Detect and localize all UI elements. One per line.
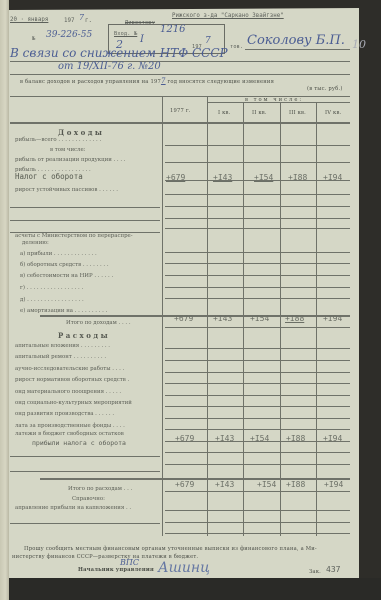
stamp-number: 1216 [160, 24, 185, 35]
reference-row-label: аправление прибыли на капвложения . . [15, 505, 131, 511]
row-label: рирост нормативов оборотных средств . [15, 377, 129, 383]
row-label: рибыль от реализации продукции . . . . [15, 157, 126, 163]
value-rule [165, 464, 350, 465]
note-underline-2 [10, 74, 350, 75]
expense-total-q2: +I54 [257, 480, 276, 489]
col-header-q2: II кв. [252, 110, 267, 116]
units-label: (в тыс. руб.) [307, 86, 343, 92]
scan-background [9, 578, 381, 600]
income-total-label: Итого по доходам . . . . [66, 320, 131, 326]
value-rule [165, 491, 350, 492]
order-label: Зак. [309, 569, 321, 575]
outgoing-number: 39-226-55 [46, 30, 92, 40]
row-label: в) себестоимости на НИР . . . . . . [20, 273, 113, 279]
col-header-q4: IV кв. [325, 110, 341, 116]
value-rule [165, 287, 350, 288]
value-rule [165, 383, 350, 384]
col-header-q3: III кв. [289, 110, 306, 116]
value-rule [165, 275, 350, 276]
expense-heading: Расходы [58, 331, 110, 340]
row-label: делению: [22, 240, 49, 246]
row-label: рибыль—всего . . . . . . . . . . . . . [15, 137, 101, 143]
value-rule [165, 533, 350, 534]
row-label: б) оборотных средств . . . . . . . . [20, 262, 109, 268]
row-label-budget-turnover-tax: прибыли налога с оборота [32, 439, 126, 447]
value-rule [165, 252, 350, 253]
row-label: в том числе: [50, 147, 86, 153]
row-label: асчеты с Министерством по перераспре- [15, 233, 133, 239]
value-rule [165, 452, 350, 453]
intro-year-hand: 7 [161, 77, 166, 85]
row-label: апитальный ремонт . . . . . . . . . . [15, 354, 106, 360]
col-divider-q3 [316, 102, 317, 536]
income-heading: Доходы [58, 128, 104, 137]
income-total-q1: +I43 [213, 314, 232, 323]
year-handwritten: 7 [79, 13, 84, 22]
value-rule [165, 395, 350, 396]
income-total-q2: +I54 [250, 314, 269, 323]
value-rule [165, 522, 350, 523]
value-rule [165, 348, 350, 349]
tov-label: тов. [230, 44, 243, 50]
blank-rule [10, 456, 160, 457]
value-rule [165, 418, 350, 419]
row-label: г) . . . . . . . . . . . . . . . . . [20, 285, 83, 291]
request-line-1: Прошу сообщить местным финансовым органа… [24, 546, 317, 552]
addressee: Рижского з-да "Саркано Звайгзне" [172, 13, 284, 19]
row-label: онд материального поощрения . . . . . [15, 389, 121, 395]
number-prefix: № [32, 36, 35, 42]
value-rule [165, 218, 350, 219]
row-label-turnover-tax: Налог с оборота [15, 172, 83, 181]
value-rule [165, 360, 350, 361]
value-rule [165, 298, 350, 299]
value-rule [165, 372, 350, 373]
value-turnover-tax-q4: +I94 [323, 173, 342, 182]
income-total-q4: +I94 [323, 314, 342, 323]
reference-label: Справочно: [72, 496, 105, 502]
signer-label: Начальник управления [78, 567, 154, 573]
expense-total-q1: +I43 [215, 480, 234, 489]
value-rule [165, 327, 350, 328]
value-budget-q3: +I88 [286, 434, 305, 443]
intro-text-b: год вносятся следующие изменения [167, 79, 274, 85]
blank-rule [10, 207, 160, 208]
row-label: а) прибыли . . . . . . . . . . . . . [20, 251, 97, 257]
col-header-group: в том числе: [245, 97, 303, 103]
value-rule [165, 228, 350, 229]
col-header-q1: I кв. [218, 110, 231, 116]
blank-rule [10, 220, 160, 221]
row-label: рирост устойчивых пассивов . . . . . . [15, 187, 118, 193]
value-rule [165, 263, 350, 264]
stamp-month: I [140, 34, 144, 45]
binding-edge [0, 0, 9, 600]
row-label: онд социально-культурных мероприятий [15, 400, 132, 406]
expense-total-q3: +I88 [286, 480, 305, 489]
initials: ВПС [120, 558, 139, 567]
row-label: онд развития производства . . . . . . [15, 411, 114, 417]
expense-total-label: Итого по расходам . . . [68, 486, 132, 492]
blank-rule [10, 523, 160, 524]
expense-total-q4: +I94 [324, 480, 343, 489]
value-rule [165, 194, 350, 195]
row-label: д) . . . . . . . . . . . . . . . . . [20, 297, 84, 303]
tov-name: Соколову Б.П. [247, 33, 345, 48]
row-label: е) амортизации на . . . . . . . . . . [20, 308, 107, 314]
signature: Ашинц [158, 560, 210, 576]
resolution-note-line1: В связи со снижением НТФ СССР [10, 46, 228, 60]
value-turnover-tax-q2: +I54 [254, 173, 273, 182]
income-total-q3: +I88 [285, 314, 304, 323]
year-typed: 197 [64, 18, 74, 24]
expense-total-year: +679 [175, 480, 194, 489]
col-divider-q1 [243, 102, 244, 536]
col-divider-q2 [280, 102, 281, 536]
value-budget-q1: +I43 [215, 434, 234, 443]
year-suffix: г. [85, 18, 92, 24]
stamp-label: Вход. № [114, 31, 137, 37]
intro-text-a: в баланс доходов и расходов управления н… [20, 79, 161, 85]
value-turnover-tax-q1: +I43 [213, 173, 232, 182]
value-rule [165, 145, 350, 146]
row-label: латежи в бюджет свободных остатков [15, 431, 124, 437]
value-rule [165, 162, 350, 163]
value-budget-year: +679 [175, 434, 194, 443]
row-label: лата за производственные фонды . . . . [15, 423, 125, 429]
row-label: аучно-исследовательские работы . . . . [15, 366, 124, 372]
value-budget-q4: +I94 [323, 434, 342, 443]
value-rule [165, 406, 350, 407]
value-rule [165, 510, 350, 511]
value-budget-q2: +I54 [250, 434, 269, 443]
value-rule [165, 429, 350, 430]
margin-mark: 10 [352, 38, 366, 51]
value-rule [165, 206, 350, 207]
col-header-year: 1977 г. [170, 108, 191, 114]
header-bottom-rule [10, 122, 350, 124]
row-label: апитальные вложения . . . . . . . . . [15, 343, 110, 349]
income-total-year: +679 [174, 314, 193, 323]
resolution-note-line2: от 19/XII-76 г. №20 [58, 61, 161, 72]
blank-rule [10, 471, 160, 472]
intro-sentence: в баланс доходов и расходов управления н… [20, 77, 274, 85]
stamp-year-hand: 7 [205, 36, 211, 46]
tov-underline [245, 49, 350, 50]
value-turnover-tax-q3: +I88 [288, 173, 307, 182]
date-typed: 20 · января [10, 17, 48, 23]
value-turnover-tax-year: +679 [166, 173, 185, 182]
order-number: 437 [326, 565, 340, 574]
